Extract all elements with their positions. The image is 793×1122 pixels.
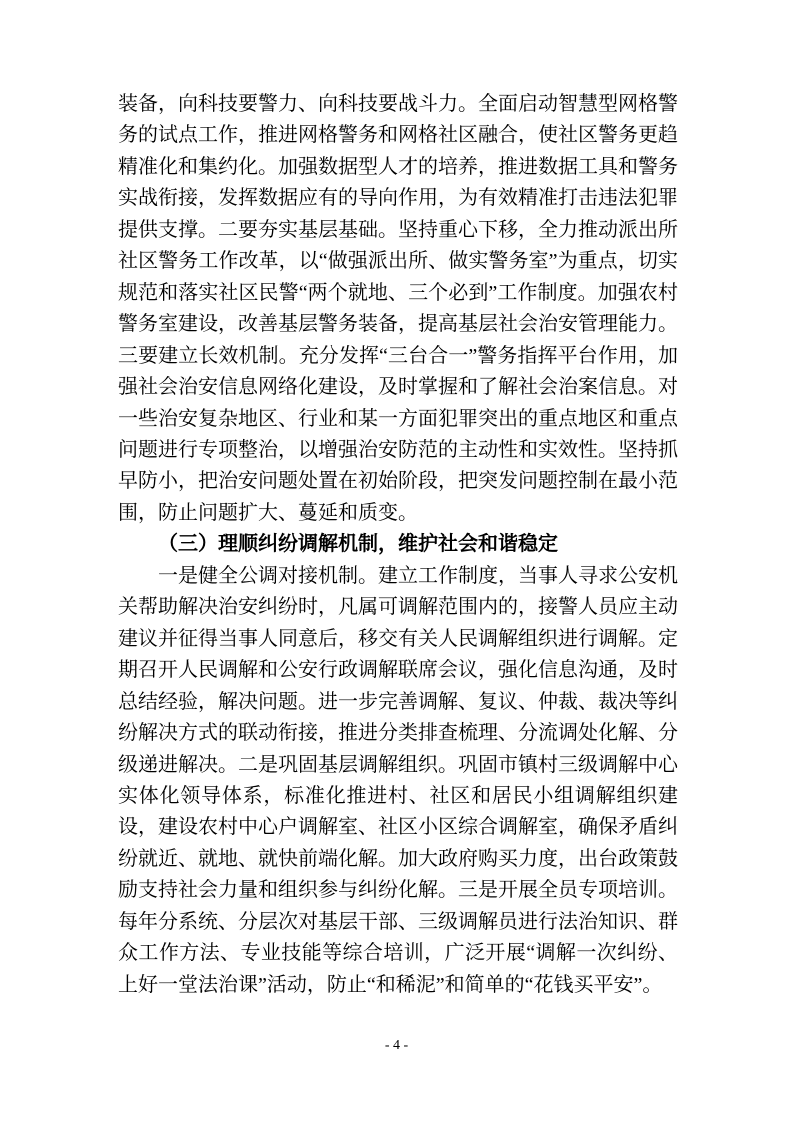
paragraph-continuation: 装备，向科技要警力、向科技要战斗力。全面启动智慧型网格警务的试点工作，推进网格警… <box>118 89 678 529</box>
page-number: - 4 - <box>385 1038 408 1053</box>
page-footer: - 4 - <box>0 1038 793 1054</box>
document-page: 装备，向科技要警力、向科技要战斗力。全面启动智慧型网格警务的试点工作，推进网格警… <box>0 0 793 1122</box>
document-body: 装备，向科技要警力、向科技要战斗力。全面启动智慧型网格警务的试点工作，推进网格警… <box>118 89 678 1001</box>
paragraph-body: 一是健全公调对接机制。建立工作制度，当事人寻求公安机关帮助解决治安纠纷时，凡属可… <box>118 561 678 1001</box>
section-heading: （三）理顺纠纷调解机制，维护社会和谐稳定 <box>118 529 678 560</box>
